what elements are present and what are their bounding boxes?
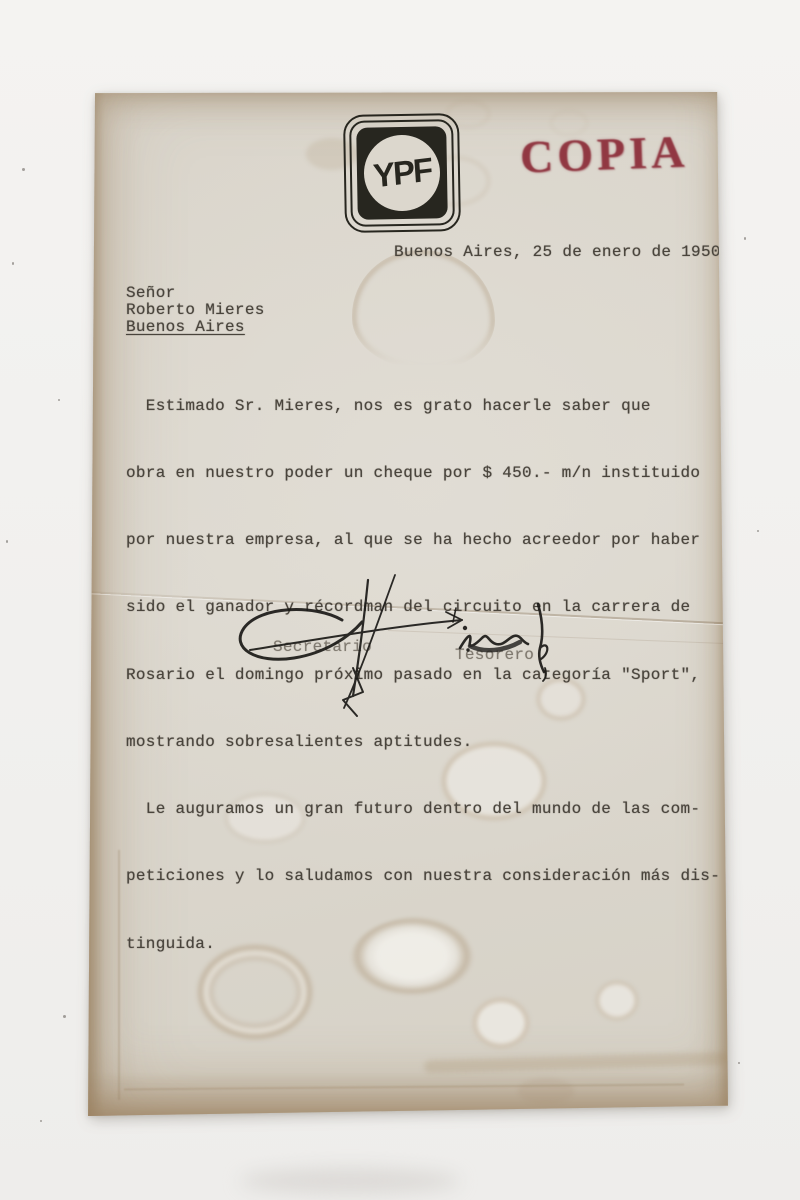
body-line: Le auguramos un gran futuro dentro del m… xyxy=(126,798,720,820)
dust-speck xyxy=(6,540,8,543)
ypf-logo-circle: YPF xyxy=(363,134,440,211)
body-line: Estimado Sr. Mieres, nos es grato hacerl… xyxy=(126,395,720,417)
dust-speck xyxy=(738,1062,740,1064)
date-line: Buenos Aires, 25 de enero de 1950 xyxy=(394,243,721,261)
body-line: por nuestra empresa, al que se ha hecho … xyxy=(126,529,720,551)
dust-speck xyxy=(63,1015,66,1018)
recipient-salutation: Señor xyxy=(126,285,265,302)
recipient-block: Señor Roberto Mieres Buenos Aires xyxy=(126,285,265,335)
photo-background: YPF COPIA Buenos Aires, 25 de enero de 1… xyxy=(0,0,800,1200)
backdrop-smudge xyxy=(240,1168,460,1194)
body-line: mostrando sobresalientes aptitudes. xyxy=(126,731,720,753)
ypf-logo-black-square: YPF xyxy=(356,126,448,220)
dust-speck xyxy=(12,262,14,265)
dust-speck xyxy=(22,168,25,171)
tesorero-signature xyxy=(448,602,573,682)
recipient-city: Buenos Aires xyxy=(126,319,265,336)
dust-speck xyxy=(58,399,60,401)
stain xyxy=(473,998,529,1048)
dust-speck xyxy=(757,530,759,532)
secretario-signature xyxy=(222,568,478,718)
ypf-logo-text: YPF xyxy=(372,150,432,195)
dust-speck xyxy=(744,237,746,240)
body-line: peticiones y lo saludamos con nuestra co… xyxy=(126,865,720,887)
paper-left-edge xyxy=(88,90,104,1118)
body-line: tinguida. xyxy=(126,933,720,955)
ypf-logo: YPF xyxy=(343,113,461,233)
body-line: obra en nuestro poder un cheque por $ 45… xyxy=(126,462,720,484)
copia-stamp: COPIA xyxy=(519,122,771,184)
recipient-name: Roberto Mieres xyxy=(126,302,265,319)
inner-sheet-edge-vertical xyxy=(118,850,120,1100)
dust-speck xyxy=(40,1120,42,1122)
letter-paper: YPF COPIA Buenos Aires, 25 de enero de 1… xyxy=(88,90,728,1118)
ypf-logo-inner-border: YPF xyxy=(349,119,455,227)
